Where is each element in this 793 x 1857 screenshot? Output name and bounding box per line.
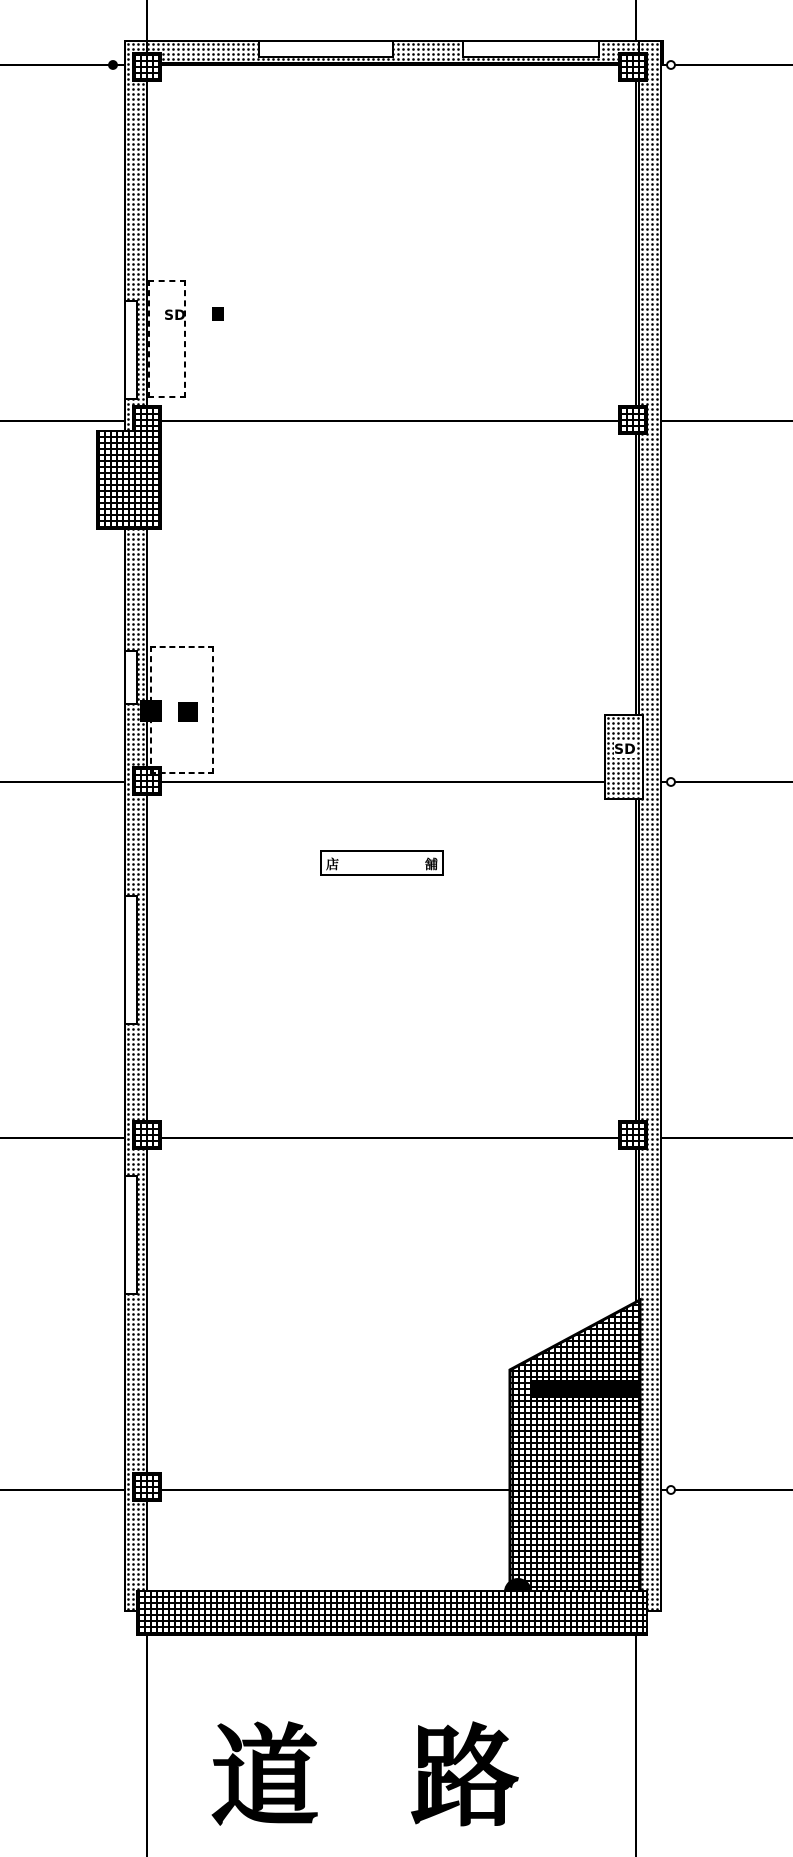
- front-curb: [136, 1590, 648, 1636]
- column: [132, 1472, 162, 1502]
- grid-node-marker: [666, 60, 676, 70]
- room-label-char-1: 店: [326, 854, 339, 873]
- room-label: 店 舗: [320, 850, 444, 876]
- column: [618, 1120, 648, 1150]
- external-duct: [96, 430, 162, 530]
- entrance-stair: [500, 1280, 660, 1620]
- fixture-marker: [212, 307, 224, 321]
- grid-node-marker: [108, 60, 118, 70]
- road-label: 道路: [210, 1690, 610, 1848]
- wall-left: [124, 40, 148, 1612]
- column: [618, 405, 648, 435]
- sd-label: SD: [614, 742, 636, 758]
- fixture-marker: [140, 700, 162, 722]
- fixture-label-top: SD: [164, 308, 186, 324]
- window-left-1: [124, 300, 138, 400]
- fixture-marker: [178, 702, 198, 722]
- window-left-4: [124, 1175, 138, 1295]
- grid-node-marker: [666, 1485, 676, 1495]
- fixture-outline-top: [148, 280, 186, 398]
- window-top-1: [258, 40, 394, 58]
- column: [132, 1120, 162, 1150]
- window-left-2: [124, 650, 138, 705]
- column: [132, 52, 162, 82]
- window-top-2: [462, 40, 600, 58]
- window-left-3: [124, 895, 138, 1025]
- column: [618, 52, 648, 82]
- grid-node-marker: [666, 777, 676, 787]
- room-label-char-2: 舗: [425, 854, 438, 873]
